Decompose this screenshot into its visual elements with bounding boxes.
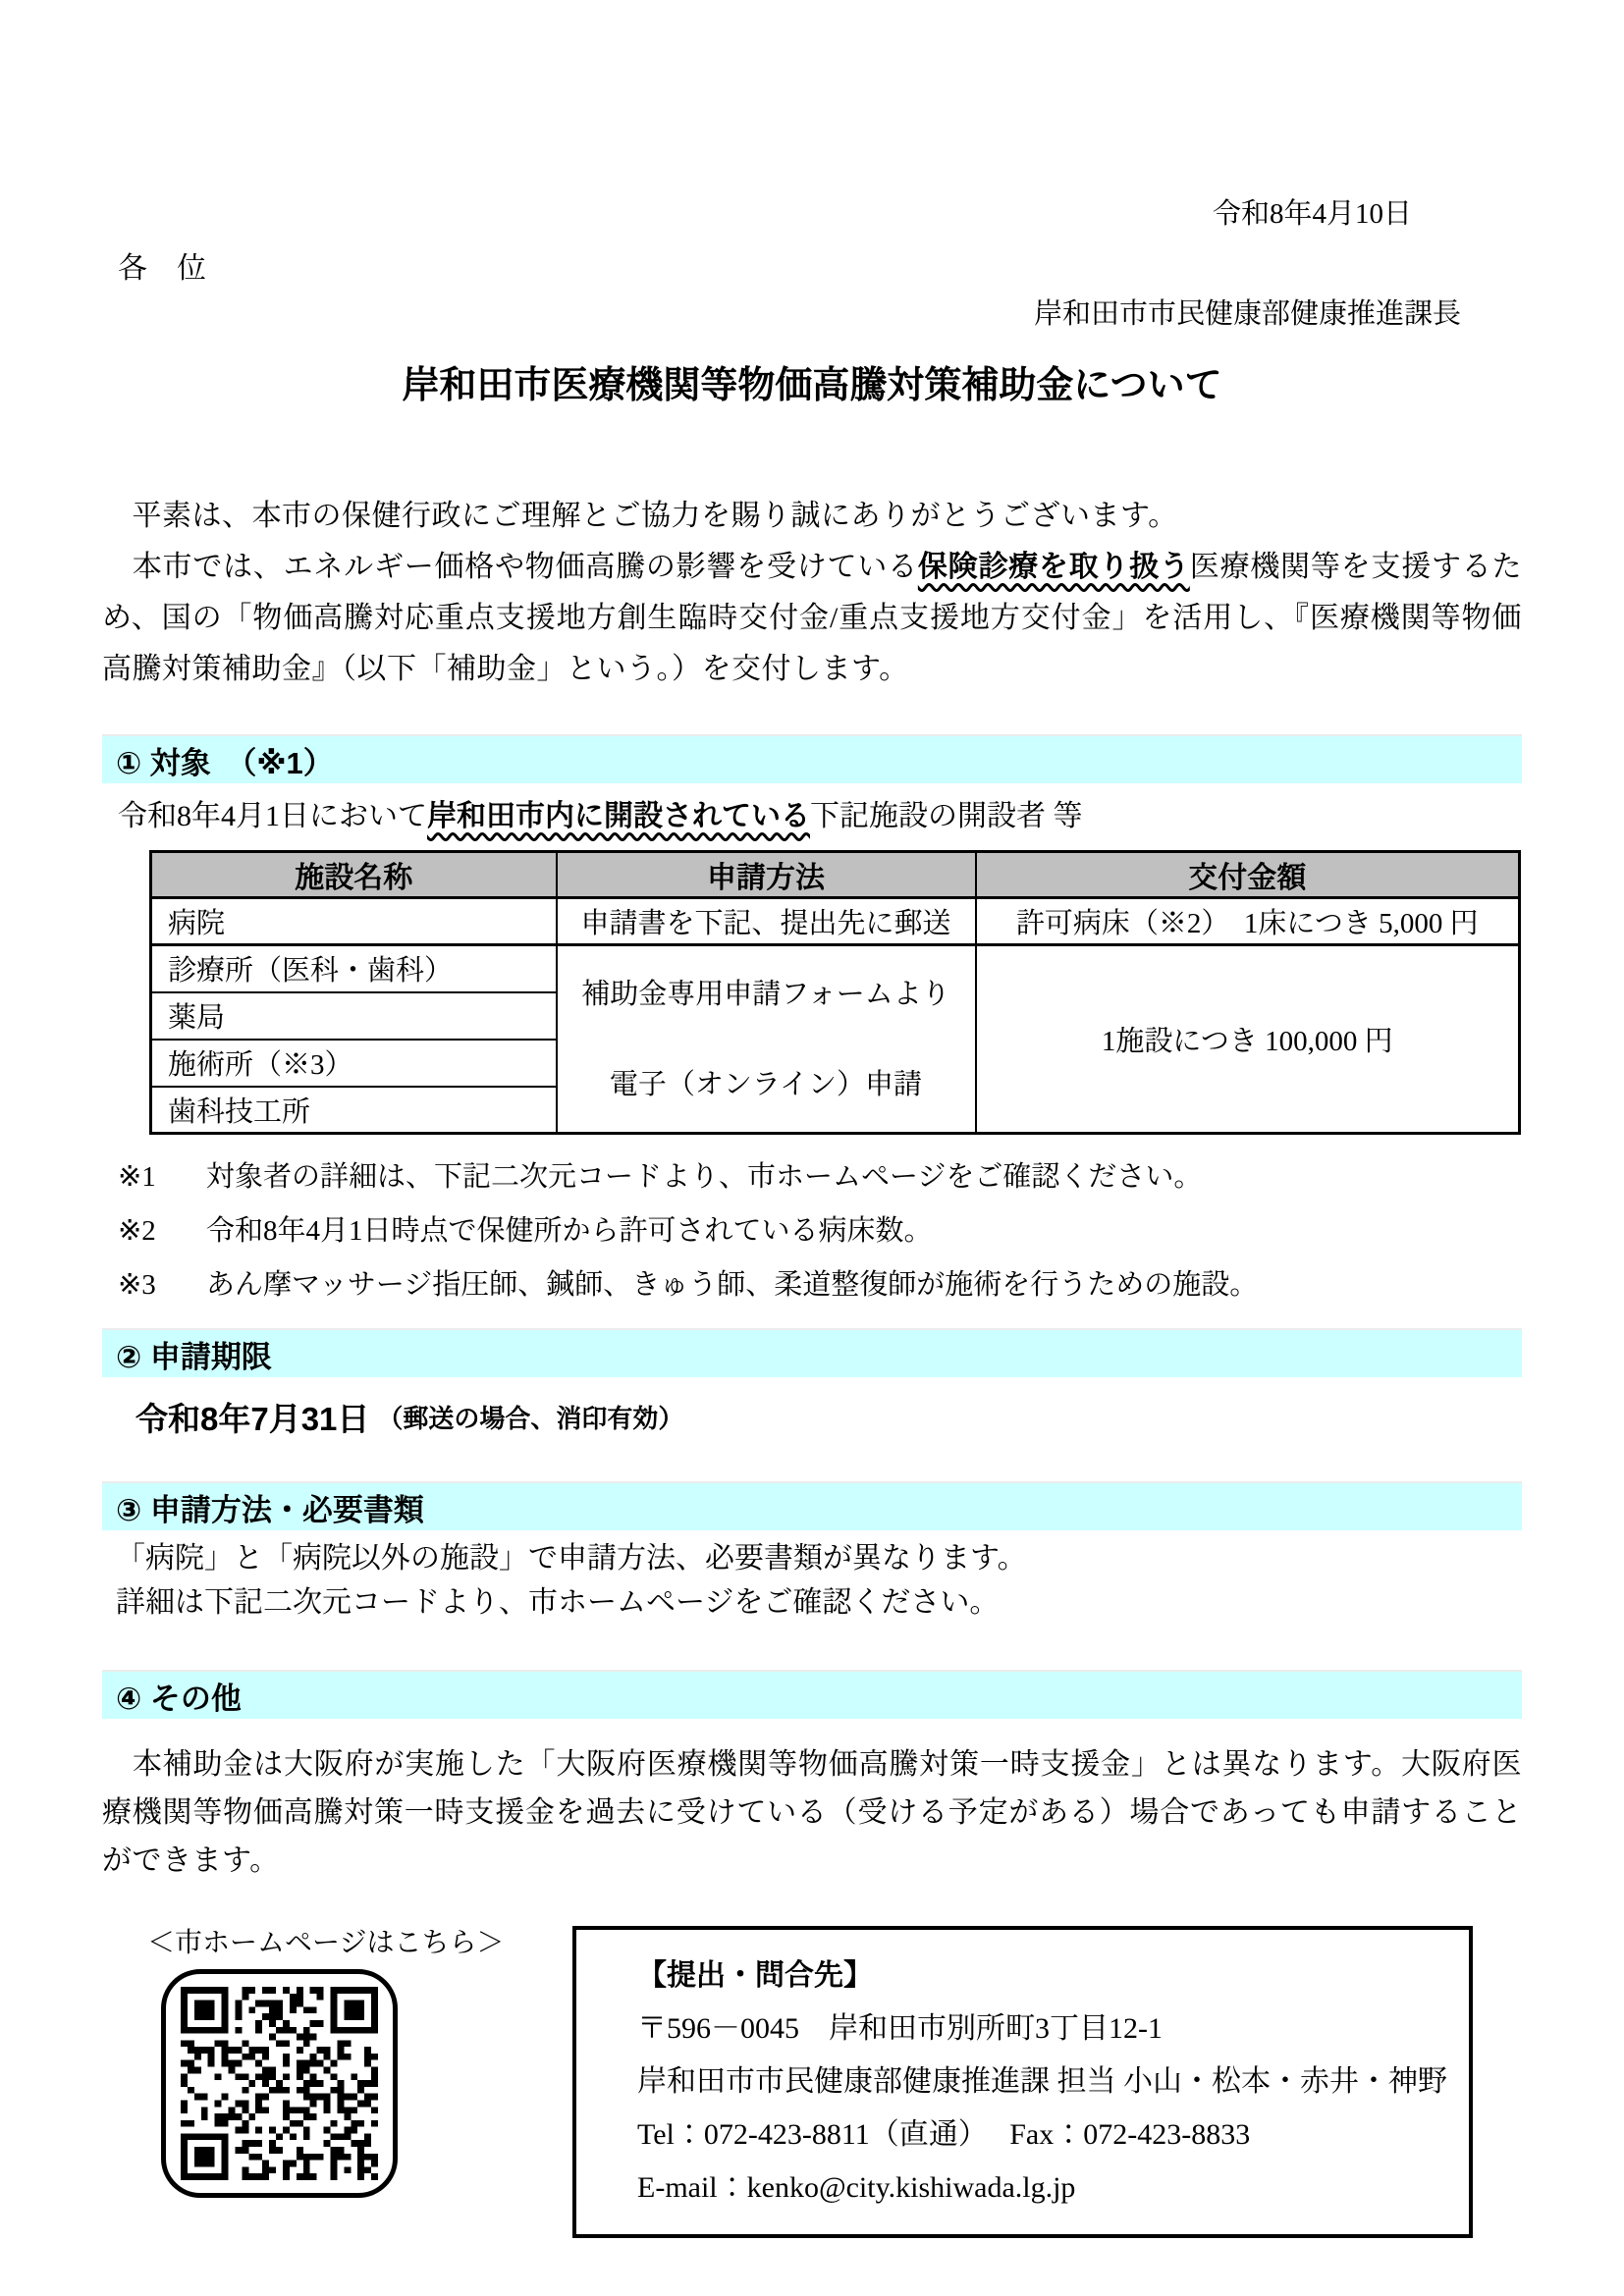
cell-amount-per-facility: 1施設につき 100,000 円 <box>976 945 1520 1134</box>
footnote-1-text: 対象者の詳細は、下記二次元コードより、市ホームページをご確認ください。 <box>206 1161 1202 1193</box>
section-4-heading: ④ その他 <box>102 1670 1522 1719</box>
cell-amount-hospital: 許可病床（※2） 1床につき 5,000 円 <box>976 898 1520 945</box>
section-3-line-1: 「病院」と「病院以外の施設」で申請方法、必要書類が異なります。 <box>116 1536 1522 1580</box>
col-header-method: 申請方法 <box>557 852 976 898</box>
footnote-1-mark: ※1 <box>118 1150 206 1204</box>
intro-p2-emphasis: 保険診療を取り扱う <box>918 551 1190 583</box>
method-line-2: 電子（オンライン）申請 <box>558 1040 975 1130</box>
section-1-lead: 令和8年4月1日において岸和田市内に開設されている下記施設の開設者 等 <box>118 795 1522 838</box>
cell-method-hospital: 申請書を下記、提出先に郵送 <box>557 898 976 945</box>
section-1-heading: ① 対象 （※1） <box>102 734 1522 783</box>
footnote-2-mark: ※2 <box>118 1204 206 1258</box>
section-3-heading: ③ 申請方法・必要書類 <box>102 1481 1522 1530</box>
section-3-line-2: 詳細は下記二次元コードより、市ホームページをご確認ください。 <box>116 1580 1522 1625</box>
contact-box: 【提出・問合先】 〒596－0045 岸和田市別所町3丁目12-1 岸和田市市民… <box>572 1926 1473 2238</box>
deadline-date: 令和8年7月31日 <box>135 1394 369 1440</box>
lead-emphasis: 岸和田市内に開設されている <box>427 800 810 832</box>
table-row-hospital: 病院 申請書を下記、提出先に郵送 許可病床（※2） 1床につき 5,000 円 <box>151 898 1520 945</box>
footnote-3: ※3あん摩マッサージ指圧師、鍼師、きゅう師、柔道整復師が施術を行うための施設。 <box>118 1258 1522 1312</box>
section-4-body: 本補助金は大阪府が実施した「大阪府医療機関等物価高騰対策一時支援金」とは異なりま… <box>102 1740 1522 1885</box>
recipient: 各 位 <box>118 251 1522 287</box>
footnote-1: ※1対象者の詳細は、下記二次元コードより、市ホームページをご確認ください。 <box>118 1150 1522 1204</box>
sender: 岸和田市市民健康部健康推進課長 <box>102 296 1522 332</box>
document-date: 令和8年4月10日 <box>102 196 1522 232</box>
cell-facility-treatment: 施術所（※3） <box>151 1040 557 1087</box>
qr-block: ＜市ホームページはこちら＞ <box>102 1926 526 2198</box>
table-row-clinic: 診療所（医科・歯科） 補助金専用申請フォームより 電子（オンライン）申請 1施設… <box>151 945 1520 992</box>
qr-code-svg <box>181 1987 378 2180</box>
table-header-row: 施設名称 申請方法 交付金額 <box>151 852 1520 898</box>
deadline-note: （郵送の場合、消印有効） <box>377 1399 683 1435</box>
footnotes: ※1対象者の詳細は、下記二次元コードより、市ホームページをご確認ください。 ※2… <box>118 1150 1522 1312</box>
page-title: 岸和田市医療機関等物価高騰対策補助金について <box>102 361 1522 410</box>
intro-paragraphs: 平素は、本市の保健行政にご理解とご協力を賜り誠にありがとうございます。 本市では… <box>102 491 1522 695</box>
col-header-facility: 施設名称 <box>151 852 557 898</box>
section-1-heading-label: ① 対象 （※1） <box>116 738 334 782</box>
col-header-amount: 交付金額 <box>976 852 1520 898</box>
intro-paragraph-1: 平素は、本市の保健行政にご理解とご協力を賜り誠にありがとうございます。 <box>102 491 1522 542</box>
section-3-body: 「病院」と「病院以外の施設」で申請方法、必要書類が異なります。 詳細は下記二次元… <box>102 1536 1522 1625</box>
contact-tel-fax: Tel：072-423-8811（直通） Fax：072-423-8833 <box>637 2109 1449 2162</box>
footnote-3-mark: ※3 <box>118 1258 206 1312</box>
intro-p2-pre: 本市では、エネルギー価格や物価高騰の影響を受けている <box>102 551 918 583</box>
deadline-line: 令和8年7月31日 （郵送の場合、消印有効） <box>135 1393 1522 1440</box>
section-4-heading-label: ④ その他 <box>116 1674 242 1718</box>
cell-facility-pharmacy: 薬局 <box>151 992 557 1040</box>
section-2-heading-label: ② 申請期限 <box>116 1332 272 1376</box>
contact-address-line-1: 〒596－0045 岸和田市別所町3丁目12-1 <box>637 2002 1449 2056</box>
section-2-heading: ② 申請期限 <box>102 1328 1522 1377</box>
cell-method-online: 補助金専用申請フォームより 電子（オンライン）申請 <box>557 945 976 1134</box>
document-page: 令和8年4月10日 各 位 岸和田市市民健康部健康推進課長 岸和田市医療機関等物… <box>0 0 1624 2296</box>
lead-post: 下記施設の開設者 等 <box>810 800 1083 832</box>
cell-facility-clinic: 診療所（医科・歯科） <box>151 945 557 992</box>
contact-title: 【提出・問合先】 <box>637 1949 1449 2002</box>
footnote-2-text: 令和8年4月1日時点で保健所から許可されている病床数。 <box>206 1215 933 1247</box>
qr-label: ＜市ホームページはこちら＞ <box>147 1926 526 1961</box>
footer: ＜市ホームページはこちら＞ 【提出・問合先】 〒596－0045 岸和田市別所町… <box>102 1926 1522 2238</box>
cell-facility-hospital: 病院 <box>151 898 557 945</box>
section-3-heading-label: ③ 申請方法・必要書類 <box>116 1485 424 1529</box>
qr-code <box>161 1969 398 2198</box>
cell-facility-dental-lab: 歯科技工所 <box>151 1087 557 1134</box>
contact-email: E-mail：kenko@city.kishiwada.lg.jp <box>637 2162 1449 2215</box>
footnote-3-text: あん摩マッサージ指圧師、鍼師、きゅう師、柔道整復師が施術を行うための施設。 <box>206 1269 1258 1301</box>
subsidy-table: 施設名称 申請方法 交付金額 病院 申請書を下記、提出先に郵送 許可病床（※2）… <box>149 850 1521 1135</box>
lead-pre: 令和8年4月1日において <box>118 800 427 832</box>
method-line-1: 補助金専用申請フォームより <box>558 949 975 1040</box>
contact-address-line-2: 岸和田市市民健康部健康推進課 担当 小山・松本・赤井・神野 <box>637 2056 1449 2109</box>
footnote-2: ※2令和8年4月1日時点で保健所から許可されている病床数。 <box>118 1204 1522 1258</box>
intro-paragraph-2: 本市では、エネルギー価格や物価高騰の影響を受けている保険診療を取り扱う医療機関等… <box>102 542 1522 695</box>
